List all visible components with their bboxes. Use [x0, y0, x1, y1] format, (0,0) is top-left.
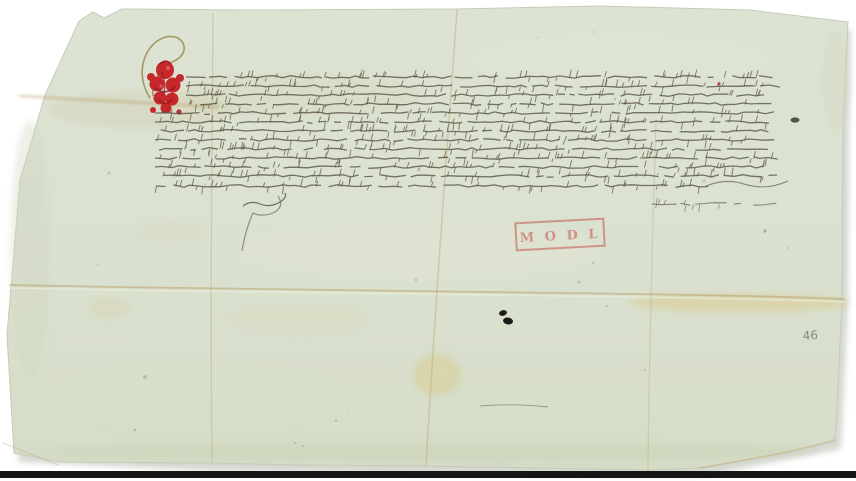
age-speck — [335, 420, 337, 422]
parchment-photo-canvas: M O D L 46 — [0, 0, 856, 481]
age-speck — [97, 264, 99, 266]
age-speck — [593, 31, 595, 33]
age-speck — [475, 104, 478, 107]
age-speck — [763, 229, 766, 232]
age-speck — [578, 281, 581, 284]
age-speck — [657, 173, 659, 175]
age-speck — [302, 445, 304, 447]
age-speck — [294, 442, 296, 444]
age-speck — [134, 429, 136, 431]
age-speck — [143, 375, 147, 379]
age-speck — [592, 262, 594, 264]
age-speck — [606, 305, 609, 308]
age-speck — [483, 76, 485, 78]
age-speck — [537, 37, 539, 39]
age-speck — [614, 98, 617, 101]
age-speck — [787, 247, 789, 249]
age-speck — [644, 369, 646, 371]
age-speck — [479, 231, 480, 232]
age-speck — [640, 157, 643, 160]
pencil-mark: 46 — [802, 328, 818, 343]
red-fleck — [717, 82, 720, 85]
age-speck — [107, 171, 110, 174]
age-speck — [257, 173, 260, 176]
age-speck — [346, 410, 348, 412]
age-speck — [204, 184, 207, 187]
bottom-black-bar — [0, 471, 856, 478]
photo-of-parchment-charter: M O D L 46 — [0, 0, 856, 481]
small-hole — [791, 117, 800, 122]
age-speck — [702, 179, 706, 183]
age-speck — [415, 279, 417, 281]
